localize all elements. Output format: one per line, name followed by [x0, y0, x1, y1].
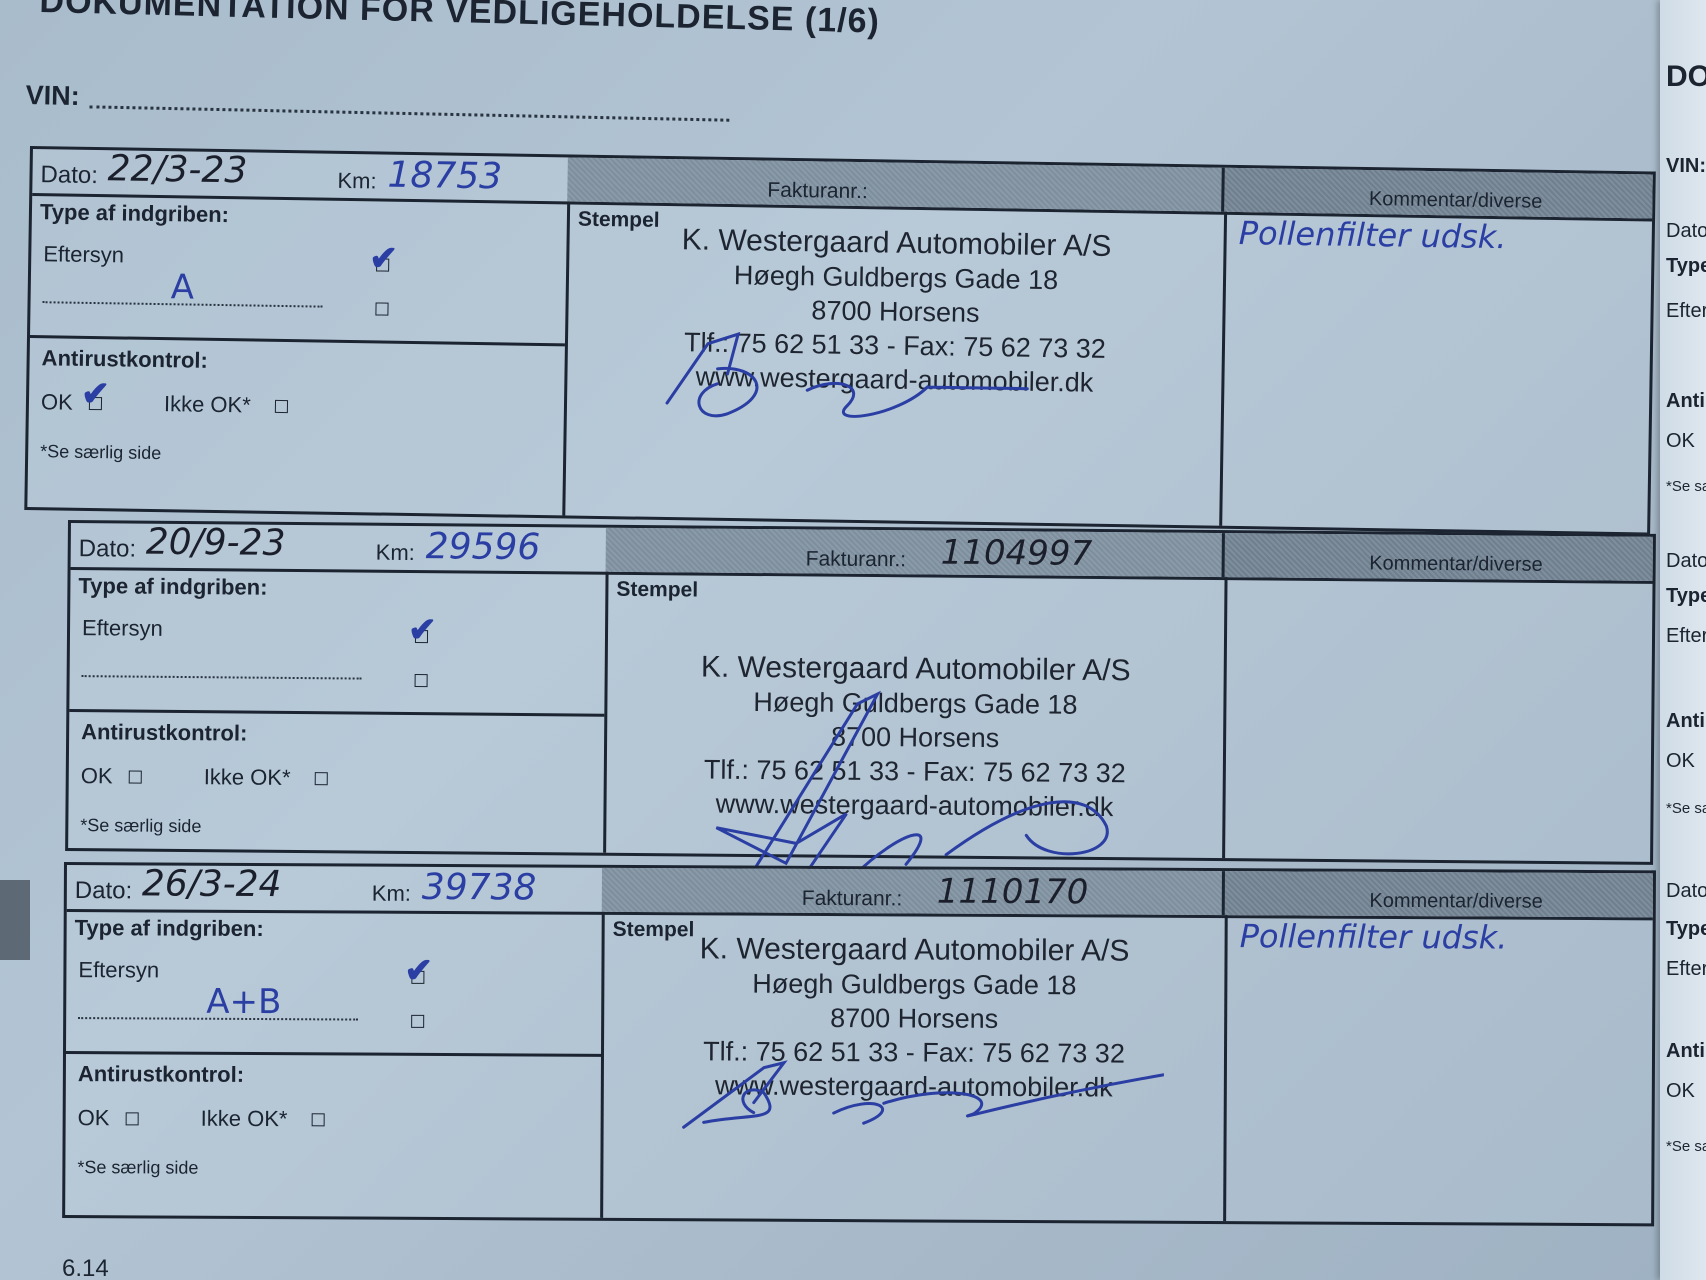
footnote: *Se særlig side: [77, 1157, 198, 1179]
next-page-fragment: Efter: [1666, 958, 1706, 981]
antirust-ok-checkbox[interactable]: [129, 771, 142, 784]
stamp-address: Høegh Guldbergs Gade 18: [607, 684, 1223, 723]
date-value: 20/9-23: [146, 522, 286, 564]
next-page-fragment: Efter: [1666, 625, 1706, 648]
maintenance-entry-1: Dato: 22/3-23 Km: 18753 Fakturanr.: Komm…: [24, 146, 1656, 535]
next-page-fragment: Type: [1666, 255, 1706, 278]
next-page-fragment: Anti: [1666, 1040, 1705, 1063]
km-value: 29596: [426, 526, 541, 568]
inspection-type-value: A: [170, 267, 194, 307]
service-type-column: Type af indgriben: Eftersyn A ✔ Antirust…: [27, 193, 570, 515]
inspection-label: Eftersyn: [82, 615, 163, 642]
next-page-edge: DO VIN: Dato Type Efter Anti OK *Se sa D…: [1660, 0, 1706, 1280]
antirust-label: Antirustkontrol:: [41, 345, 208, 374]
vin-dotted-line: [89, 88, 729, 122]
page-number: 6.14: [62, 1255, 109, 1280]
date-value: 22/3-23: [107, 148, 247, 191]
next-page-fragment: Dato: [1666, 880, 1706, 903]
comment-label: Kommentar/diverse: [1369, 890, 1543, 914]
next-page-fragment: OK: [1666, 430, 1695, 453]
service-type-label: Type af indgriben:: [78, 573, 267, 601]
antirust-ok-checkbox[interactable]: [126, 1112, 139, 1125]
other-service-checkbox[interactable]: [375, 302, 388, 315]
next-page-fragment: *Se sa: [1666, 800, 1706, 817]
antirust-ok-label: OK: [78, 1105, 110, 1131]
invoice-label: Fakturanr.:: [802, 887, 903, 912]
stamp-company: K. Westergaard Automobiler A/S: [604, 932, 1224, 969]
other-service-checkbox[interactable]: [415, 674, 428, 687]
service-type-label: Type af indgriben:: [75, 915, 264, 942]
km-label: Km:: [376, 540, 415, 566]
service-type-column: Type af indgriben: Eftersyn ✔ Antirustko…: [68, 567, 608, 853]
left-edge-shadow: [0, 880, 30, 960]
dealer-stamp: K. Westergaard Automobiler A/S Høegh Gul…: [606, 650, 1223, 825]
antirust-not-ok-label: Ikke OK*: [164, 391, 251, 418]
antirust-ok-label: OK: [41, 389, 73, 415]
stamp-company: K. Westergaard Automobiler A/S: [608, 650, 1224, 689]
antirust-not-ok-label: Ikke OK*: [201, 1106, 288, 1132]
stamp-column: Stempel K. Westergaard Automobiler A/S H…: [565, 201, 1224, 525]
next-page-fragment: OK: [1666, 1080, 1695, 1103]
next-page-title-fragment: DO: [1666, 60, 1706, 94]
date-value: 26/3-24: [142, 863, 282, 905]
stamp-web: www.westergaard-automobiler.dk: [604, 1068, 1224, 1105]
invoice-value: 1104997: [941, 533, 1093, 574]
maintenance-entry-2: Dato: 20/9-23 Km: 29596 Fakturanr.: 1104…: [65, 520, 1656, 865]
next-page-fragment: Dato: [1666, 220, 1706, 243]
next-page-fragment: Type: [1666, 918, 1706, 941]
km-value: 39738: [422, 867, 537, 909]
service-type-label: Type af indgriben:: [40, 199, 229, 228]
footnote: *Se særlig side: [40, 441, 161, 464]
date-label: Dato:: [40, 161, 98, 190]
antirust-not-ok-checkbox[interactable]: [275, 400, 288, 413]
manual-page: DOKUMENTATION FOR VEDLIGEHOLDELSE (1/6) …: [0, 0, 1660, 1280]
check-mark-icon: ✔: [369, 238, 398, 278]
page-title: DOKUMENTATION FOR VEDLIGEHOLDELSE (1/6): [39, 0, 880, 42]
date-label: Dato:: [79, 535, 137, 563]
next-page-fragment: OK: [1666, 750, 1695, 773]
next-page-fragment: Dato: [1666, 550, 1706, 573]
check-mark-icon: ✔: [81, 374, 110, 414]
antirust-label: Antirustkontrol:: [78, 1061, 244, 1088]
other-service-checkbox[interactable]: [411, 1015, 424, 1028]
antirust-label: Antirustkontrol:: [81, 719, 247, 746]
vin-field: VIN:: [25, 80, 729, 126]
km-label: Km:: [372, 881, 411, 907]
stamp-column: Stempel K. Westergaard Automobiler A/S H…: [606, 572, 1224, 858]
date-label: Dato:: [75, 877, 133, 905]
inspection-type-value: A+B: [206, 982, 281, 1022]
check-mark-icon: ✔: [404, 951, 433, 991]
comment-value: Pollenfilter udsk.: [1240, 917, 1508, 956]
antirust-not-ok-label: Ikke OK*: [204, 764, 291, 791]
next-page-fragment: *Se sa: [1666, 1138, 1706, 1155]
comment-value: Pollenfilter udsk.: [1238, 214, 1506, 256]
antirust-not-ok-checkbox[interactable]: [312, 1113, 325, 1126]
section-divider: [69, 709, 604, 717]
next-page-vin-fragment: VIN:: [1666, 155, 1706, 178]
stamp-label: Stempel: [616, 578, 698, 603]
antirust-ok-label: OK: [81, 763, 113, 789]
comment-label: Kommentar/diverse: [1369, 188, 1543, 214]
next-page-fragment: Type: [1666, 585, 1706, 608]
next-page-fragment: Efter: [1666, 300, 1706, 323]
stamp-phone: Tlf.: 75 62 51 33 - Fax: 75 62 73 32: [604, 1034, 1224, 1071]
comment-column: Pollenfilter udsk.: [1223, 915, 1653, 1223]
footnote: *Se særlig side: [80, 815, 201, 837]
maintenance-entry-3: Dato: 26/3-24 Km: 39738 Fakturanr.: 1110…: [62, 862, 1656, 1226]
section-divider: [66, 1051, 601, 1057]
stamp-web: www.westergaard-automobiler.dk: [606, 786, 1222, 825]
invoice-label: Fakturanr.:: [767, 179, 868, 205]
stamp-city: 8700 Horsens: [607, 718, 1223, 757]
dealer-stamp: K. Westergaard Automobiler A/S Høegh Gul…: [604, 932, 1225, 1105]
stamp-address: Høegh Guldbergs Gade 18: [604, 966, 1224, 1003]
stamp-column: Stempel K. Westergaard Automobiler A/S H…: [603, 912, 1225, 1221]
invoice-value: 1110170: [937, 872, 1089, 913]
check-mark-icon: ✔: [408, 610, 437, 650]
inspection-label: Eftersyn: [43, 241, 124, 268]
comment-column: Pollenfilter udsk.: [1219, 212, 1652, 533]
stamp-phone: Tlf.: 75 62 51 33 - Fax: 75 62 73 32: [607, 752, 1223, 791]
section-divider: [30, 335, 565, 346]
vin-label: VIN:: [25, 80, 80, 111]
km-value: 18753: [387, 155, 502, 198]
invoice-label: Fakturanr.:: [806, 547, 907, 572]
dealer-stamp: K. Westergaard Automobiler A/S Høegh Gul…: [567, 221, 1224, 401]
comment-column: [1222, 577, 1652, 862]
service-type-column: Type af indgriben: Eftersyn A+B ✔ Antiru…: [65, 909, 605, 1218]
next-page-fragment: *Se sa: [1666, 478, 1706, 495]
km-label: Km:: [337, 168, 377, 195]
comment-label: Kommentar/diverse: [1369, 552, 1543, 577]
antirust-not-ok-checkbox[interactable]: [315, 772, 328, 785]
next-page-fragment: Anti: [1666, 710, 1705, 733]
inspection-label: Eftersyn: [78, 957, 159, 983]
stamp-city: 8700 Horsens: [604, 1000, 1224, 1037]
inspection-dotted-line: [82, 675, 362, 679]
next-page-fragment: Anti: [1666, 390, 1705, 413]
